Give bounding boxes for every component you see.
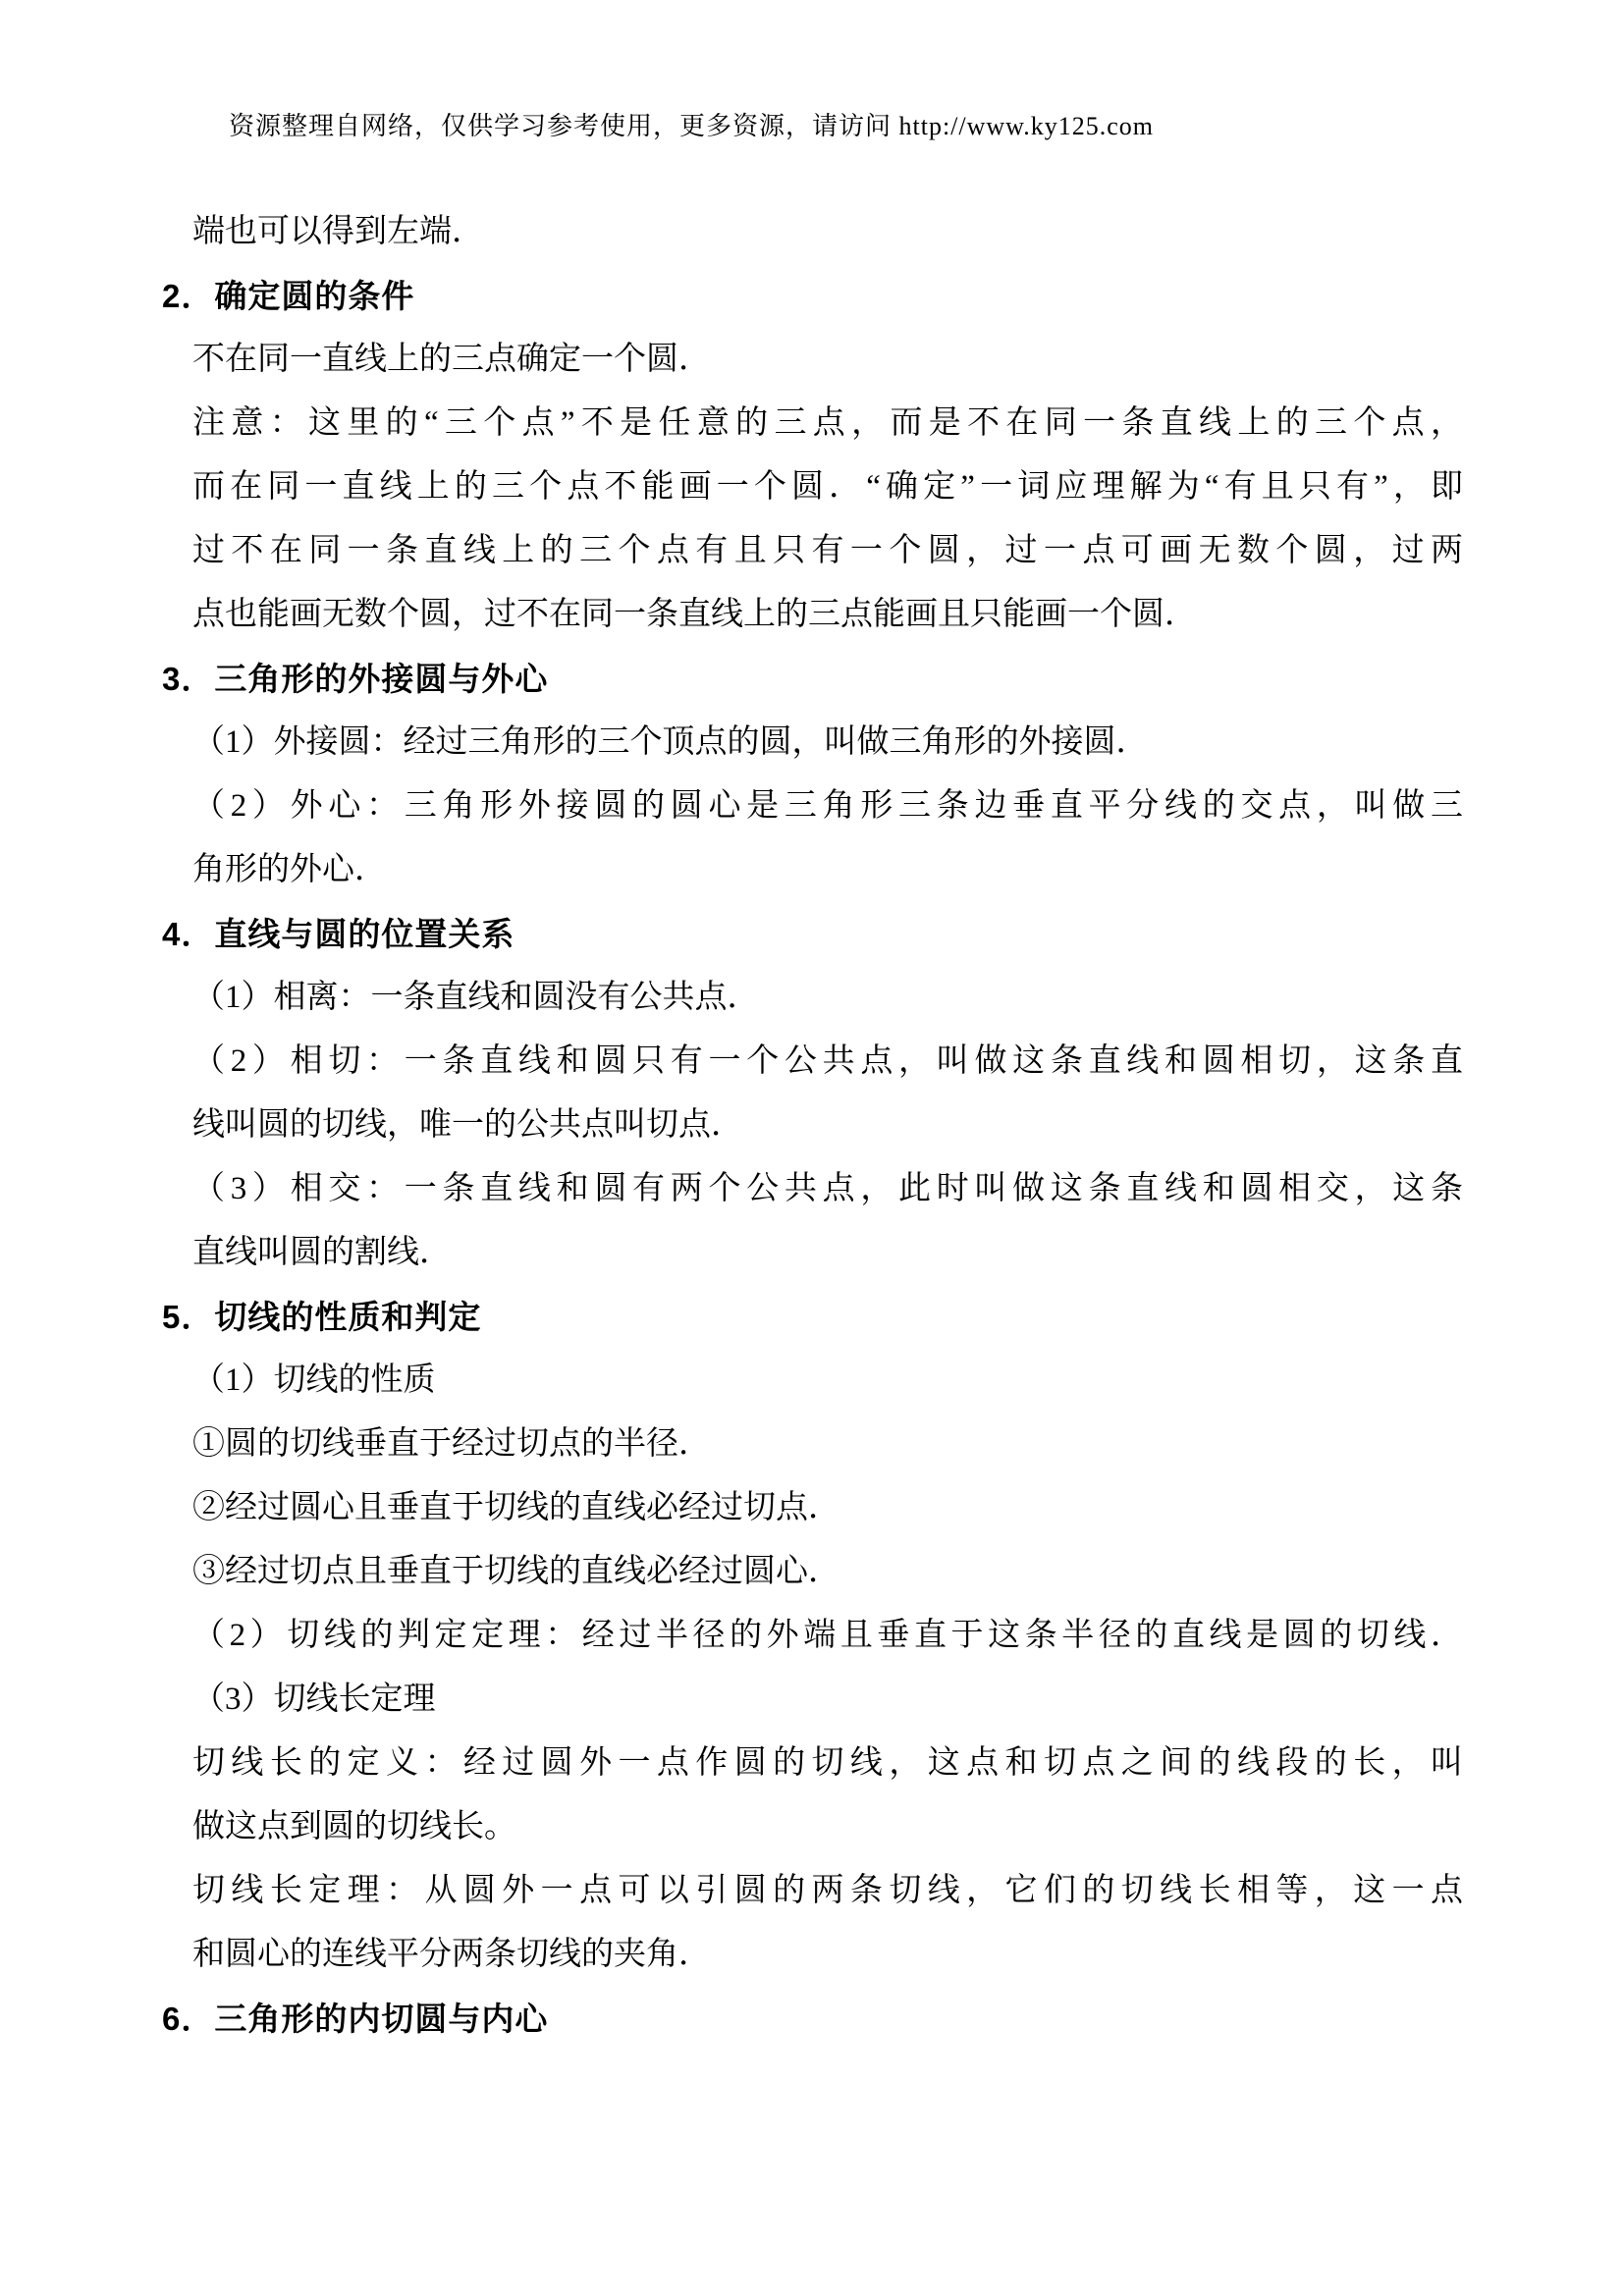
text-line: 注意：这里的“三个点”不是任意的三点，而是不在同一条直线上的三个点，: [162, 392, 1463, 455]
text-line: 不在同一直线上的三点确定一个圆．: [162, 328, 1463, 392]
text-line: （2）切线的判定定理：经过半径的外端且垂直于这条半径的直线是圆的切线．: [162, 1604, 1463, 1668]
document-page: 资源整理自网络，仅供学习参考使用，更多资源，请访问 http://www.ky1…: [0, 0, 1624, 2296]
text-line: （1）切线的性质: [162, 1349, 1463, 1413]
text-line: 切线长定理：从圆外一点可以引圆的两条切线，它们的切线长相等，这一点: [162, 1859, 1463, 1923]
text-line: （1）相离：一条直线和圆没有公共点．: [162, 966, 1463, 1030]
text-line: 做这点到圆的切线长。: [162, 1795, 1463, 1859]
text-line: 过不在同一条直线上的三个点有且只有一个圆，过一点可画无数个圆，过两: [162, 519, 1463, 583]
document-body: 端也可以得到左端． 2．确定圆的条件 不在同一直线上的三点确定一个圆． 注意：这…: [162, 200, 1463, 2051]
text-line: （3）切线长定理: [162, 1668, 1463, 1732]
text-line: 端也可以得到左端．: [162, 200, 1463, 264]
section-heading: 4．直线与圆的位置关系: [162, 902, 1463, 966]
text-line: （2）外心：三角形外接圆的圆心是三角形三条边垂直平分线的交点，叫做三: [162, 774, 1463, 838]
text-line: 点也能画无数个圆，过不在同一条直线上的三点能画且只能画一个圆．: [162, 583, 1463, 647]
text-line: 和圆心的连线平分两条切线的夹角．: [162, 1923, 1463, 1987]
section-heading: 5．切线的性质和判定: [162, 1285, 1463, 1349]
text-line: 切线长的定义：经过圆外一点作圆的切线，这点和切点之间的线段的长，叫: [162, 1732, 1463, 1795]
text-line: 角形的外心．: [162, 838, 1463, 902]
text-line: （2）相切：一条直线和圆只有一个公共点，叫做这条直线和圆相切，这条直: [162, 1030, 1463, 1094]
section-heading: 2．确定圆的条件: [162, 264, 1463, 328]
text-line: 直线叫圆的割线．: [162, 1221, 1463, 1285]
text-line: ②经过圆心且垂直于切线的直线必经过切点．: [162, 1476, 1463, 1540]
section-heading: 3．三角形的外接圆与外心: [162, 647, 1463, 711]
text-line: ①圆的切线垂直于经过切点的半径．: [162, 1413, 1463, 1476]
text-line: 线叫圆的切线，唯一的公共点叫切点．: [162, 1094, 1463, 1157]
text-line: 而在同一直线上的三个点不能画一个圆．“确定”一词应理解为“有且只有”，即: [162, 455, 1463, 519]
text-line: ③经过切点且垂直于切线的直线必经过圆心．: [162, 1540, 1463, 1604]
text-line: （1）外接圆：经过三角形的三个顶点的圆，叫做三角形的外接圆．: [162, 711, 1463, 774]
header-notice: 资源整理自网络，仅供学习参考使用，更多资源，请访问 http://www.ky1…: [229, 110, 1154, 143]
text-line: （3）相交：一条直线和圆有两个公共点，此时叫做这条直线和圆相交，这条: [162, 1157, 1463, 1221]
section-heading: 6．三角形的内切圆与内心: [162, 1987, 1463, 2051]
